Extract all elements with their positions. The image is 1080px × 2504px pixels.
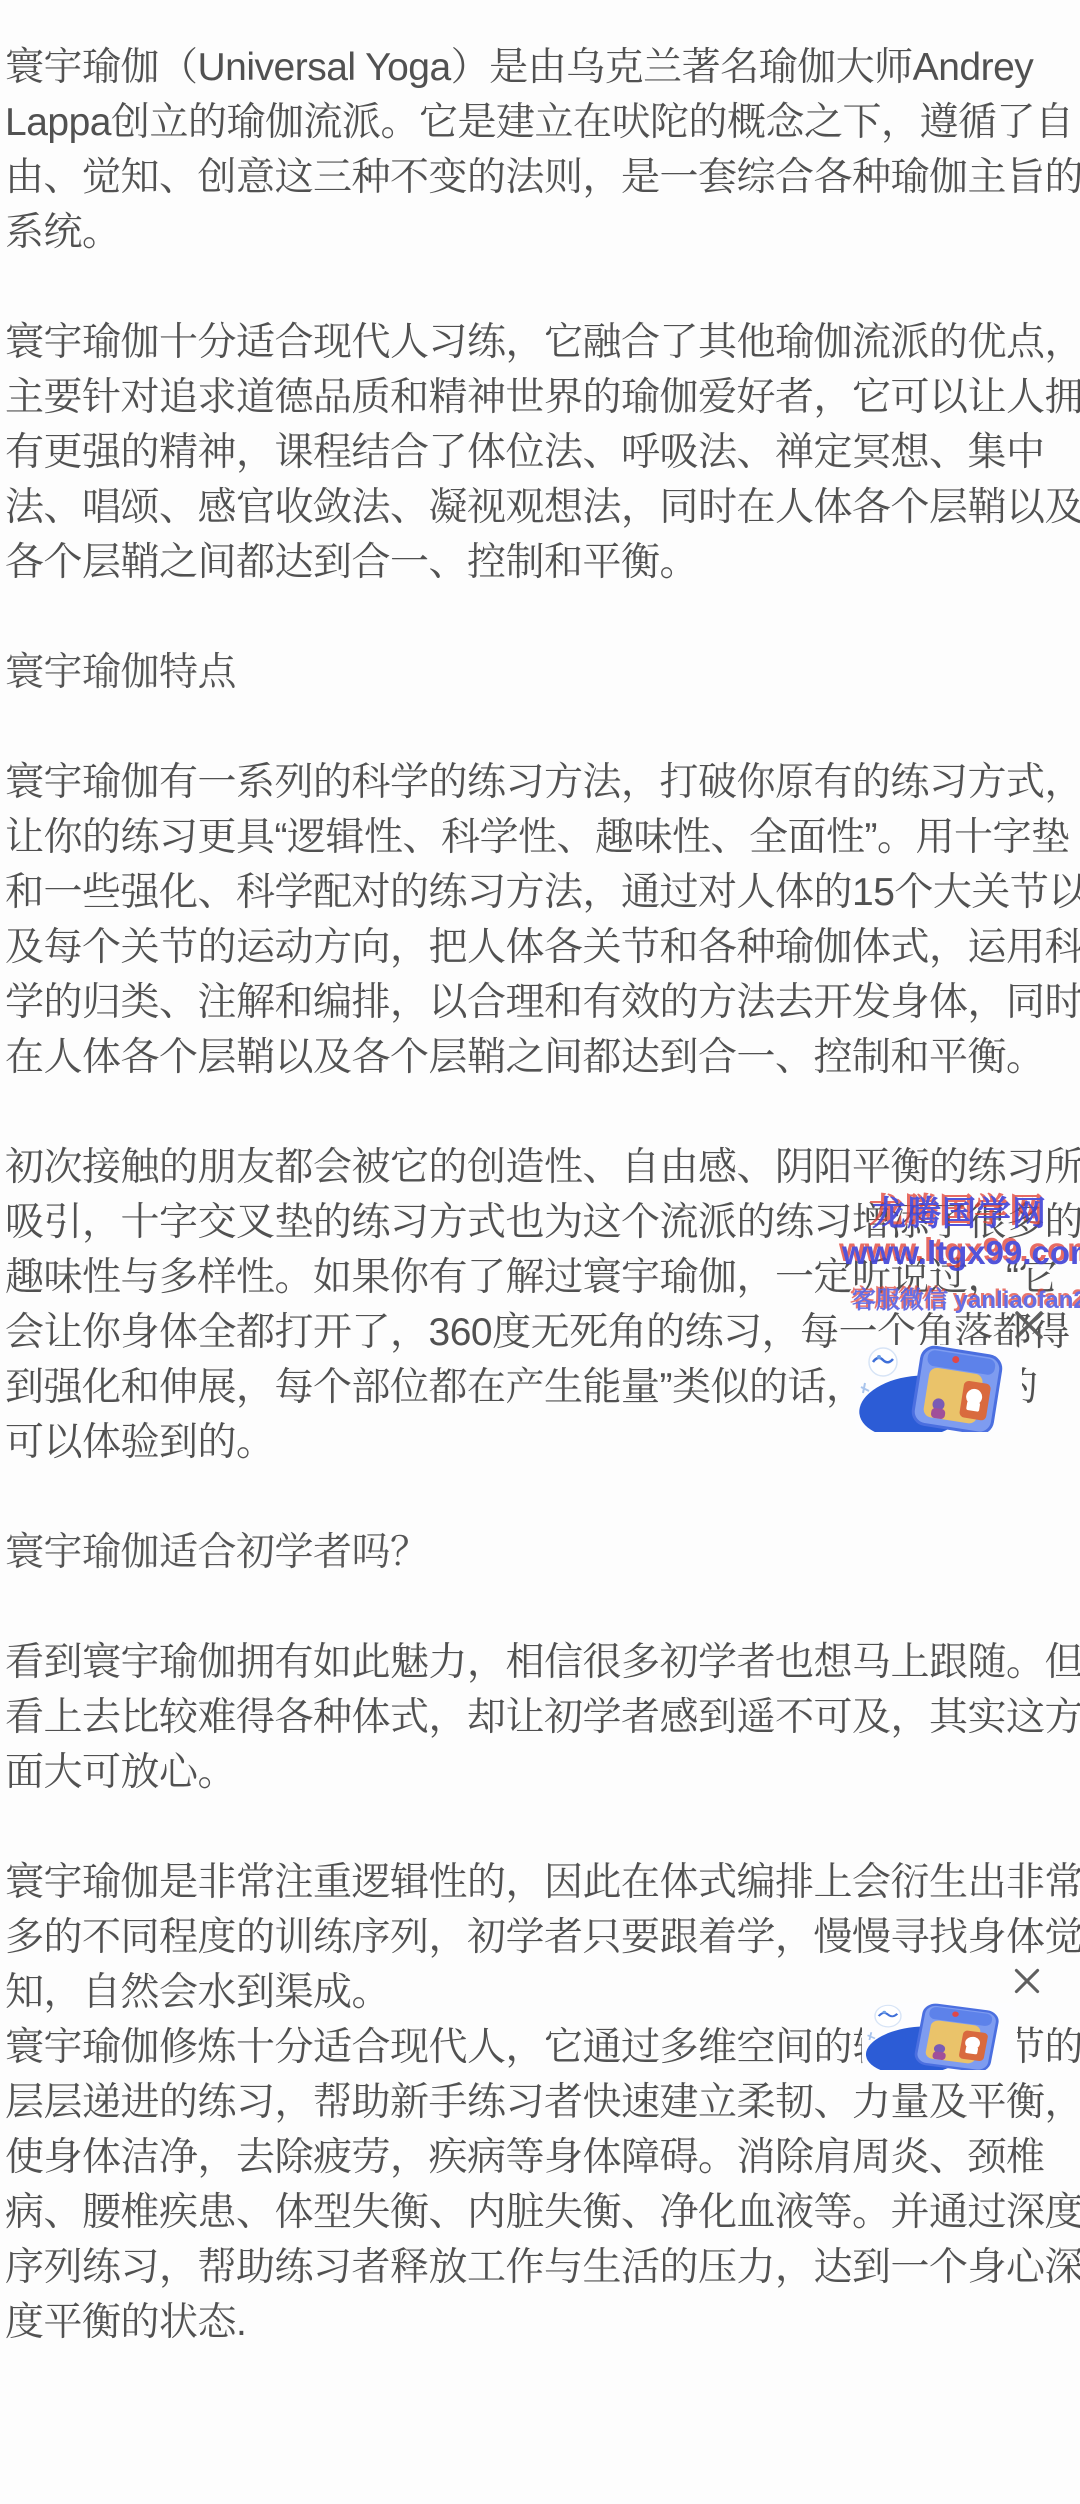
section-heading: 寰宇瑜伽特点 xyxy=(5,645,1080,700)
text-line: 各个层鞘之间都达到合一、控制和平衡。 xyxy=(5,535,1080,590)
text-line: 序列练习，帮助练习者释放工作与生活的压力，达到一个身心深 xyxy=(5,2240,1080,2295)
text-line: 寰宇瑜伽有一系列的科学的练习方法，打破你原有的练习方式， xyxy=(5,755,1080,810)
floating-ad-thumbnail[interactable] xyxy=(862,2003,1017,2070)
text-line: 病、腰椎疾患、体型失衡、内脏失衡、净化血液等。并通过深度 xyxy=(5,2185,1080,2240)
text-line: 有更强的精神，课程结合了体位法、呼吸法、禅定冥想、集中 xyxy=(5,425,1080,480)
text-line: 层层递进的练习，帮助新手练习者快速建立柔韧、力量及平衡， xyxy=(5,2075,1080,2130)
watermark-site-url: www.ltgx99.com xyxy=(842,1234,1080,1272)
text-line: 面大可放心。 xyxy=(5,1745,1080,1800)
text-line: 寰宇瑜伽（Universal Yoga）是由乌克兰著名瑜伽大师Andrey xyxy=(5,40,1080,95)
text-line: Lappa创立的瑜伽流派。它是建立在吠陀的概念之下，遵循了自 xyxy=(5,95,1080,150)
paragraph: 看到寰宇瑜伽拥有如此魅力，相信很多初学者也想马上跟随。但看上去比较难得各种体式，… xyxy=(5,1635,1080,1800)
text-line: 学的归类、注解和编排，以合理和有效的方法去开发身体，同时 xyxy=(5,975,1080,1030)
paragraph: 寰宇瑜伽（Universal Yoga）是由乌克兰著名瑜伽大师AndreyLap… xyxy=(5,40,1080,260)
section-heading: 寰宇瑜伽适合初学者吗？ xyxy=(5,1525,1080,1580)
text-line: 寰宇瑜伽适合初学者吗？ xyxy=(5,1525,1080,1580)
text-line: 及每个关节的运动方向，把人体各关节和各种瑜伽体式，运用科 xyxy=(5,920,1080,975)
close-icon[interactable] xyxy=(1012,1308,1046,1342)
text-line: 和一些强化、科学配对的练习方法，通过对人体的15个大关节以 xyxy=(5,865,1080,920)
text-line: 让你的练习更具“逻辑性、科学性、趣味性、全面性”。用十字垫 xyxy=(5,810,1080,865)
text-line: 系统。 xyxy=(5,205,1080,260)
text-line: 度平衡的状态. xyxy=(5,2295,1080,2350)
watermark-site-name: 龙腾国学网 xyxy=(872,1186,1047,1235)
text-line: 多的不同程度的训练序列，初学者只要跟着学，慢慢寻找身体觉 xyxy=(5,1910,1080,1965)
text-line: 寰宇瑜伽是非常注重逻辑性的，因此在体式编排上会衍生出非常 xyxy=(5,1855,1080,1910)
close-icon[interactable] xyxy=(1012,1966,1042,1996)
paragraph: 寰宇瑜伽是非常注重逻辑性的，因此在体式编排上会衍生出非常多的不同程度的训练序列，… xyxy=(5,1855,1080,2350)
paragraph: 寰宇瑜伽十分适合现代人习练，它融合了其他瑜伽流派的优点，主要针对追求道德品质和精… xyxy=(5,315,1080,590)
text-line: 看上去比较难得各种体式，却让初学者感到遥不可及，其实这方 xyxy=(5,1690,1080,1745)
text-line: 寰宇瑜伽十分适合现代人习练，它融合了其他瑜伽流派的优点， xyxy=(5,315,1080,370)
text-line: 使身体洁净，去除疲劳，疾病等身体障碍。消除肩周炎、颈椎 xyxy=(5,2130,1080,2185)
floating-ad-thumbnail[interactable] xyxy=(855,1345,1022,1432)
text-line: 主要针对追求道德品质和精神世界的瑜伽爱好者，它可以让人拥 xyxy=(5,370,1080,425)
text-line: 由、觉知、创意这三种不变的法则，是一套综合各种瑜伽主旨的 xyxy=(5,150,1080,205)
paragraph: 寰宇瑜伽有一系列的科学的练习方法，打破你原有的练习方式，让你的练习更具“逻辑性、… xyxy=(5,755,1080,1085)
text-line: 寰宇瑜伽特点 xyxy=(5,645,1080,700)
text-line: 在人体各个层鞘以及各个层鞘之间都达到合一、控制和平衡。 xyxy=(5,1030,1080,1085)
article-page: 寰宇瑜伽（Universal Yoga）是由乌克兰著名瑜伽大师AndreyLap… xyxy=(0,0,1080,2504)
text-line: 看到寰宇瑜伽拥有如此魅力，相信很多初学者也想马上跟随。但 xyxy=(5,1635,1080,1690)
text-line: 法、唱颂、感官收敛法、凝视观想法，同时在人体各个层鞘以及 xyxy=(5,480,1080,535)
